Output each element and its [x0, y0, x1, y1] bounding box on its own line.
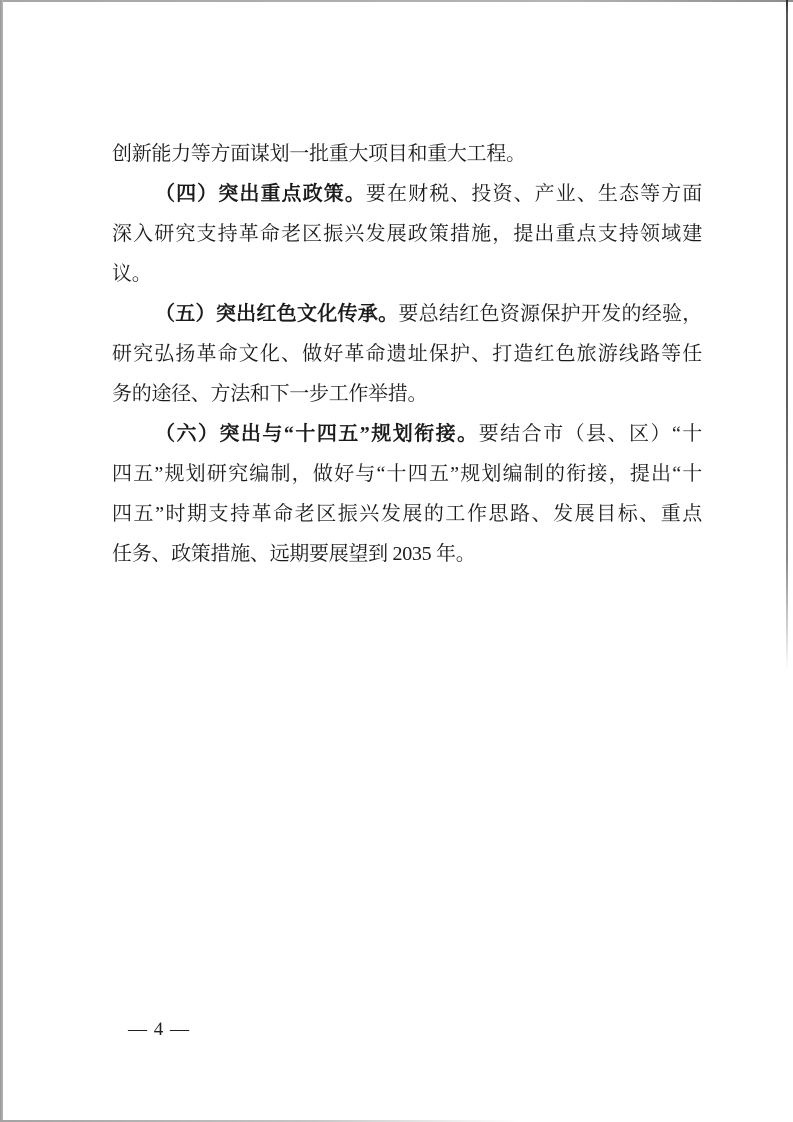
text-segment: 深入研究支持革命老区振兴发展政策措施，提出重点支持领域建	[112, 223, 702, 245]
text-line: （四）突出重点政策。要在财税、投资、产业、生态等方面	[112, 174, 702, 214]
text-segment: 议。	[112, 263, 151, 285]
paragraph-heading: （四）突出重点政策。	[155, 183, 366, 205]
text-segment: 务的途径、方法和下一步工作举措。	[112, 383, 427, 405]
text-segment: 创新能力等方面谋划一批重大项目和重大工程。	[112, 143, 526, 165]
text-segment: 要结合市（县、区）“十	[479, 423, 702, 445]
scan-edge-top	[0, 0, 793, 2]
document-body: 创新能力等方面谋划一批重大项目和重大工程。（四）突出重点政策。要在财税、投资、产…	[112, 134, 702, 574]
paragraph-heading: （五）突出红色文化传承。	[155, 303, 398, 325]
text-segment: 四五”规划研究编制，做好与“十四五”规划编制的衔接，提出“十	[112, 463, 702, 485]
text-segment: 研究弘扬革命文化、做好革命遗址保护、打造红色旅游线路等任	[112, 343, 702, 365]
text-line: 务的途径、方法和下一步工作举措。	[112, 374, 702, 414]
text-line: （五）突出红色文化传承。要总结红色资源保护开发的经验，	[112, 294, 702, 334]
text-line: 创新能力等方面谋划一批重大项目和重大工程。	[112, 134, 702, 174]
text-line: 四五”规划研究编制，做好与“十四五”规划编制的衔接，提出“十	[112, 454, 702, 494]
text-segment: 要在财税、投资、产业、生态等方面	[366, 183, 702, 205]
text-line: 研究弘扬革命文化、做好革命遗址保护、打造红色旅游线路等任	[112, 334, 702, 374]
text-line: （六）突出与“十四五”规划衔接。要结合市（县、区）“十	[112, 414, 702, 454]
scan-edge-left	[0, 0, 3, 1122]
text-segment: 四五”时期支持革命老区振兴发展的工作思路、发展目标、重点	[112, 503, 702, 525]
paragraph-heading: （六）突出与“十四五”规划衔接。	[155, 423, 479, 445]
text-line: 四五”时期支持革命老区振兴发展的工作思路、发展目标、重点	[112, 494, 702, 534]
text-line: 议。	[112, 254, 702, 294]
scanned-document-page: 创新能力等方面谋划一批重大项目和重大工程。（四）突出重点政策。要在财税、投资、产…	[0, 0, 793, 1122]
text-line: 深入研究支持革命老区振兴发展政策措施，提出重点支持领域建	[112, 214, 702, 254]
text-line: 任务、政策措施、远期要展望到 2035 年。	[112, 534, 702, 574]
text-segment: 要总结红色资源保护开发的经验，	[398, 303, 702, 325]
page-number: — 4 —	[128, 1019, 190, 1041]
scan-edge-right	[786, 0, 788, 670]
text-segment: 任务、政策措施、远期要展望到 2035 年。	[112, 543, 475, 565]
